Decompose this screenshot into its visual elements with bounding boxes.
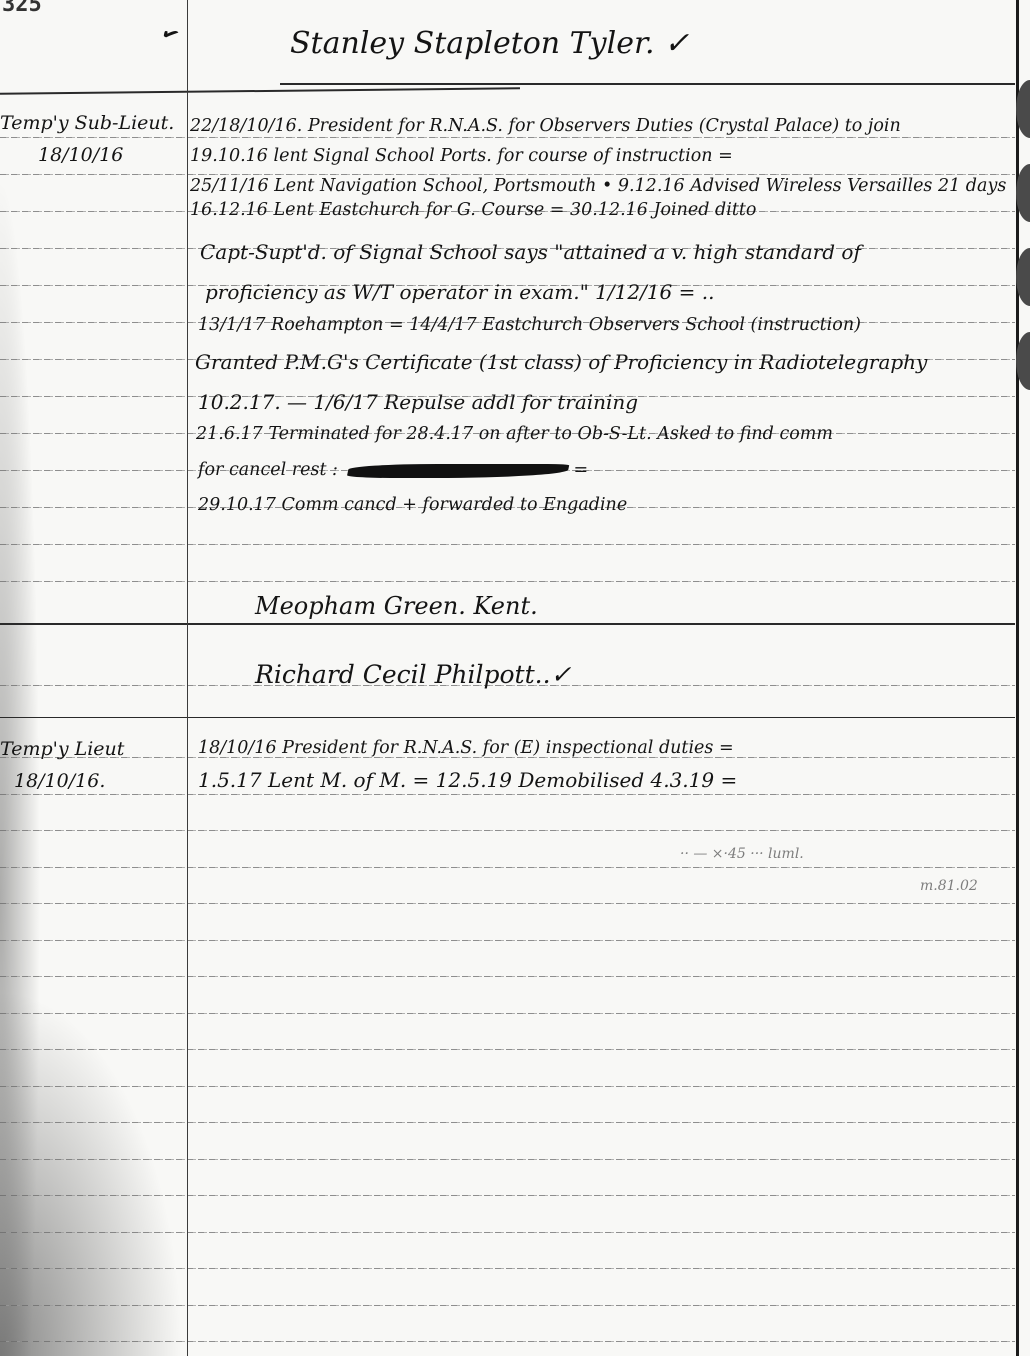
binder-hole [1016, 80, 1030, 138]
ruled-line [0, 903, 1015, 904]
record-entry: 16.12.16 Lent Eastchurch for G. Course =… [190, 200, 756, 220]
ruled-line [0, 830, 1015, 831]
record-address: Meopham Green. Kent. [255, 592, 538, 620]
record-entry: 29.10.17 Comm cancd + forwarded to Engad… [198, 495, 627, 515]
ruled-line [0, 174, 1015, 175]
column-divider [187, 0, 188, 1356]
ruled-line [0, 581, 1015, 582]
binder-holes [1016, 80, 1030, 416]
record-entry: proficiency as W/T operator in exam." 1/… [205, 280, 714, 304]
record-entry: Granted P.M.G's Certificate (1st class) … [195, 350, 927, 374]
record-separator [0, 623, 1015, 625]
ruled-line [0, 1049, 1015, 1050]
record-entry-text: for cancel rest : [198, 460, 338, 480]
ruled-line [0, 1341, 1015, 1342]
faint-note: ·· — ×·45 ··· luml. [680, 846, 804, 862]
record-entry: 21.6.17 Terminated for 28.4.17 on after … [196, 424, 833, 444]
record-entry: 22/18/10/16. President for R.N.A.S. for … [190, 116, 901, 136]
record-name: Richard Cecil Philpott..✓ [255, 660, 572, 689]
record-name: Stanley Stapleton Tyler. ✓ [290, 26, 689, 61]
ruled-line [0, 867, 1015, 868]
record-entry: 13/1/17 Roehampton = 14/4/17 Eastchurch … [198, 315, 861, 335]
ruled-line [0, 1122, 1015, 1123]
redaction-scribble [346, 464, 569, 478]
page-number: 325 [2, 0, 42, 17]
record-entry: Capt-Supt'd. of Signal School says "atta… [200, 240, 861, 264]
ruled-line [0, 1232, 1015, 1233]
record-rank-date: 18/10/16. [14, 770, 105, 792]
ruled-line [0, 1013, 1015, 1014]
ledger-page: 325 ✔ Stanley Stapleton Tyler. ✓ Temp'y … [0, 0, 1030, 1356]
record-rank: Temp'y Lieut [0, 738, 124, 760]
ruled-line [0, 1195, 1015, 1196]
binder-hole [1016, 248, 1030, 306]
record-separator [0, 87, 520, 94]
binder-hole [1016, 164, 1030, 222]
record-separator [280, 83, 1015, 85]
ruled-line [0, 976, 1015, 977]
record-rank: Temp'y Sub-Lieut. [0, 112, 174, 134]
ruled-line [0, 794, 1015, 795]
record-entry: 1.5.17 Lent M. of M. = 12.5.19 Demobilis… [198, 768, 737, 792]
ruled-line [0, 1268, 1015, 1269]
record-entry: 10.2.17. — 1/6/17 Repulse addl for train… [198, 390, 638, 414]
record-entry: 19.10.16 lent Signal School Ports. for c… [190, 146, 733, 166]
record-rank-date: 18/10/16 [38, 144, 123, 166]
record-entry: 18/10/16 President for R.N.A.S. for (E) … [198, 738, 734, 758]
record-entry: for cancel rest : = [198, 460, 588, 480]
ruled-line [0, 1159, 1015, 1160]
binder-hole [1016, 332, 1030, 390]
ruled-line [0, 544, 1015, 545]
ruled-line [0, 1305, 1015, 1306]
record-entry: 25/11/16 Lent Navigation School, Portsmo… [190, 176, 1006, 196]
ruled-line [0, 940, 1015, 941]
ruled-line [0, 1086, 1015, 1087]
record-separator [0, 717, 1015, 718]
faint-note: m.81.02 [920, 878, 978, 894]
ruled-line [0, 137, 1015, 138]
check-mark-icon: ✔ [157, 19, 184, 48]
